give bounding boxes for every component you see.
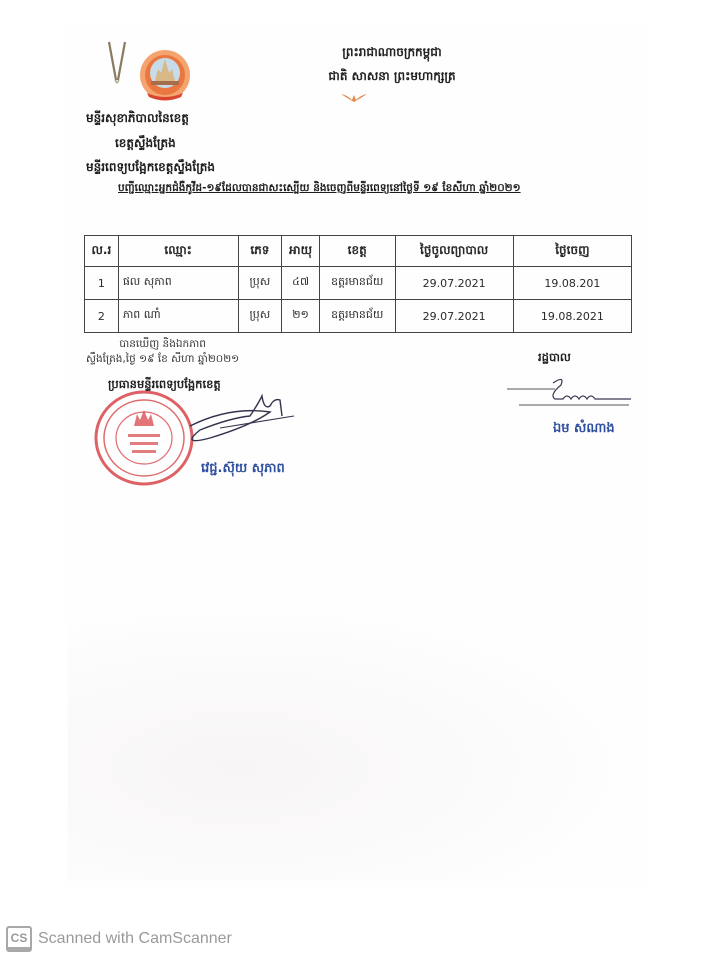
cell-province: ឧត្តរមានជ័យ bbox=[319, 300, 395, 333]
scan-shadow bbox=[68, 600, 640, 880]
header-no: ល.រ bbox=[85, 236, 119, 267]
director-signature-icon bbox=[170, 386, 295, 456]
cell-sex: ប្រុស bbox=[238, 267, 282, 300]
document-title: បញ្ជីឈ្មោះអ្នកជំងឺកូវីដ-១៩ដែលបានជាសះស្បើ… bbox=[118, 182, 521, 197]
seen-and-approved-line: បានឃើញ និងឯកភាព bbox=[86, 337, 239, 352]
ornament-icon bbox=[339, 92, 369, 102]
issuer-hospital: មន្ទីរពេទ្យបង្អែកខេត្តស្ទឹងត្រែង bbox=[86, 159, 215, 177]
header-sex: ភេទ bbox=[238, 236, 282, 267]
header-discharged: ថ្ងៃចេញ bbox=[513, 236, 631, 267]
cell-no: 1 bbox=[85, 267, 119, 300]
cell-name: ភាព ណាំ bbox=[118, 300, 238, 333]
cell-sex: ប្រុស bbox=[238, 300, 282, 333]
cell-age: ២១ bbox=[282, 300, 320, 333]
table-row: 2 ភាព ណាំ ប្រុស ២១ ឧត្តរមានជ័យ 29.07.202… bbox=[85, 300, 632, 333]
watermark-text: Scanned with CamScanner bbox=[38, 930, 232, 948]
cell-admitted: 29.07.2021 bbox=[395, 267, 513, 300]
place-and-date-line: ស្ទឹងត្រែង,ថ្ងៃ ១៩ ខែ សីហា ឆ្នាំ២០២១ bbox=[86, 352, 239, 367]
cell-discharged: 19.08.2021 bbox=[513, 300, 631, 333]
kingdom-title: ព្រះរាជាណាចក្រកម្ពុជា bbox=[36, 44, 712, 62]
issuer-ministry: មន្ទីរសុខាភិបាលនៃខេត្ត bbox=[86, 110, 189, 128]
header-name: ឈ្មោះ bbox=[118, 236, 238, 267]
cell-age: ៤៧ bbox=[282, 267, 320, 300]
discharge-table: ល.រ ឈ្មោះ ភេទ អាយុ ខេត្ត ថ្ងៃចូលព្យាបាល … bbox=[84, 235, 632, 333]
cell-discharged: 19.08.201 bbox=[513, 267, 631, 300]
clerk-signature-icon bbox=[505, 375, 635, 415]
cell-no: 2 bbox=[85, 300, 119, 333]
director-name: វេជ្ជ.ស៊ុយ សុភាព bbox=[201, 460, 285, 479]
table-row: 1 ផល សុភាព ប្រុស ៤៧ ឧត្តរមានជ័យ 29.07.20… bbox=[85, 267, 632, 300]
cell-province: ឧត្តរមានជ័យ bbox=[319, 267, 395, 300]
header-age: អាយុ bbox=[282, 236, 320, 267]
approval-date-block: បានឃើញ និងឯកភាព ស្ទឹងត្រែង,ថ្ងៃ ១៩ ខែ សី… bbox=[86, 337, 239, 367]
clerk-name: ឯម សំណាង bbox=[553, 420, 615, 439]
camscanner-logo-icon: CS bbox=[6, 926, 32, 952]
camscanner-watermark: CS Scanned with CamScanner bbox=[6, 926, 232, 952]
table-header-row: ល.រ ឈ្មោះ ភេទ អាយុ ខេត្ត ថ្ងៃចូលព្យាបាល … bbox=[85, 236, 632, 267]
cell-admitted: 29.07.2021 bbox=[395, 300, 513, 333]
issuer-province: ខេត្តស្ទឹងត្រែង bbox=[115, 135, 176, 153]
header-admitted: ថ្ងៃចូលព្យាបាល bbox=[395, 236, 513, 267]
header-province: ខេត្ត bbox=[319, 236, 395, 267]
clerk-title: រដ្ឋបាល bbox=[538, 350, 571, 367]
cell-name: ផល សុភាព bbox=[118, 267, 238, 300]
national-motto: ជាតិ សាសនា ព្រះមហាក្សត្រ bbox=[36, 68, 712, 86]
